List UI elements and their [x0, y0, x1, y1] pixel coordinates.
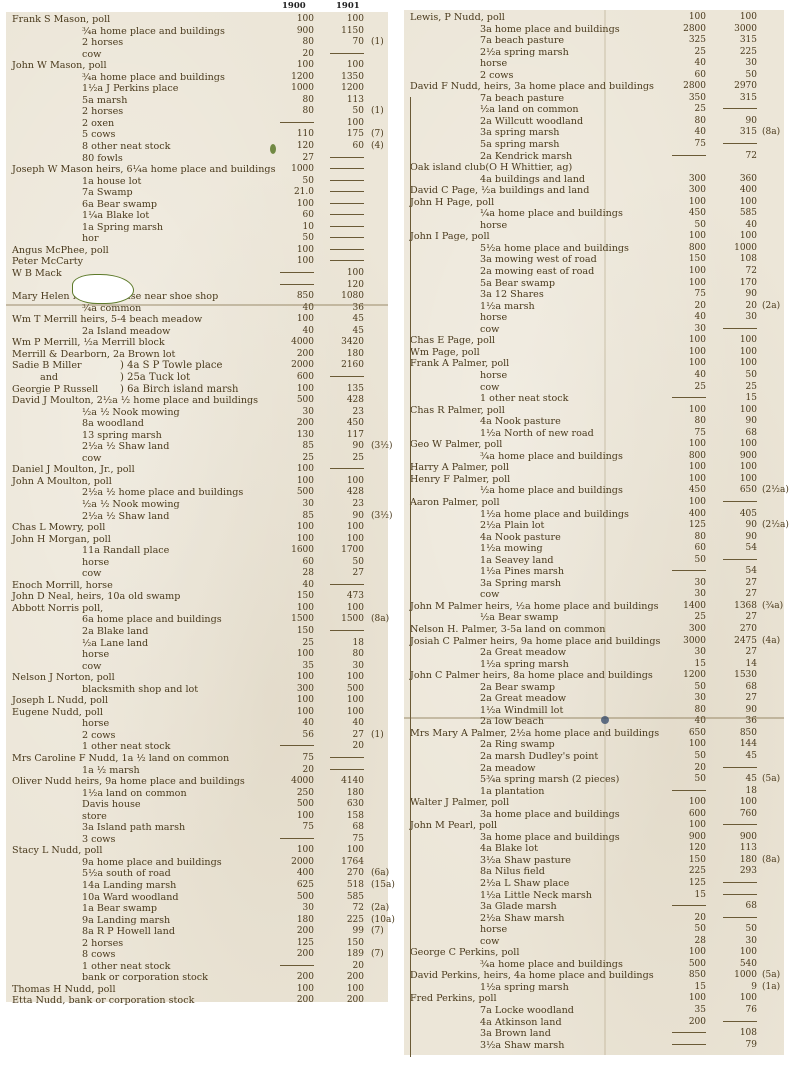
value-1900: 50: [666, 774, 706, 786]
value-1900: 50: [666, 220, 706, 232]
value-1900: 180: [274, 915, 314, 927]
entry-label: Nelson H. Palmer, 3-5a land on common: [410, 624, 605, 636]
value-1901: 180: [324, 349, 364, 361]
no-value-dash: [723, 143, 757, 144]
entry-label: 1 other neat stock: [82, 961, 171, 973]
value-1901: 68: [324, 822, 364, 834]
entry-label: 2a Island meadow: [82, 326, 170, 338]
value-1901: 60: [324, 141, 364, 153]
entry-label: 80 fowls: [82, 153, 123, 165]
value-1901: 630: [324, 799, 364, 811]
table-row: 1½a J Perkins place10001200: [6, 83, 388, 95]
no-value-dash: [330, 191, 364, 192]
value-1901: 293: [717, 866, 757, 878]
value-1901: 315: [717, 93, 757, 105]
table-row: Walter J Palmer, poll100100: [404, 797, 784, 809]
value-1900: 30: [666, 578, 706, 590]
table-row: 3a Brown land108: [404, 1028, 784, 1040]
value-1900: 125: [666, 878, 706, 890]
table-row: 3a mowing west of road150108: [404, 254, 784, 266]
value-1900: 100: [666, 947, 706, 959]
entry-label: Davis house: [82, 799, 141, 811]
value-1900: 25: [666, 612, 706, 624]
entry-label: John A Moulton, poll: [12, 476, 112, 488]
entry-label: Oliver Nudd heirs, 9a home place and bui…: [12, 776, 245, 788]
table-row: Peter McCarty100: [6, 256, 388, 268]
table-row: 2a mowing east of road10072: [404, 266, 784, 278]
table-row: Mary Helen Merrill, house near shoe shop…: [6, 291, 388, 303]
value-1901: 585: [717, 208, 757, 220]
value-1900: 100: [274, 811, 314, 823]
value-1900: 400: [274, 868, 314, 880]
no-value-dash: [723, 559, 757, 560]
value-1901: 90: [717, 532, 757, 544]
value-1901: 40: [324, 718, 364, 730]
table-row: 1a Spring marsh10: [6, 222, 388, 234]
value-1900: 100: [666, 358, 706, 370]
value-1901: 80: [324, 649, 364, 661]
value-1901: 428: [324, 487, 364, 499]
value-1900: 600: [666, 809, 706, 821]
value-1901: 100: [324, 60, 364, 72]
entry-label: 11a Randall place: [82, 545, 169, 557]
acreage-note: (4a): [762, 636, 780, 648]
value-1901: 180: [324, 788, 364, 800]
table-row: 3½a Shaw pasture150180(8a): [404, 855, 784, 867]
value-1900: 200: [274, 418, 314, 430]
value-1901: 23: [324, 499, 364, 511]
value-1901: 1150: [324, 26, 364, 38]
value-1901: 428: [324, 395, 364, 407]
value-1901: [324, 753, 364, 765]
entry-label: Joseph L Nudd, poll: [12, 695, 108, 707]
table-row: George C Perkins, poll100100: [404, 947, 784, 959]
value-1900: 100: [274, 464, 314, 476]
value-1901: 225: [717, 47, 757, 59]
table-row: John D Neal, heirs, 10a old swamp150473: [6, 591, 388, 603]
table-row: ¾a home place and buildings500540: [404, 959, 784, 971]
entry-label: horse: [480, 220, 507, 232]
value-1901: [324, 49, 364, 61]
value-1900: 20: [666, 301, 706, 313]
no-value-dash: [672, 570, 706, 571]
value-1901: [717, 104, 757, 116]
value-1901: 30: [324, 661, 364, 673]
value-1900: [274, 741, 314, 753]
value-1900: 20: [274, 765, 314, 777]
table-row: 2 horses8070(1): [6, 37, 388, 49]
value-1901: 75: [324, 834, 364, 846]
table-row: 7a Swamp21.0: [6, 187, 388, 199]
table-row: Oliver Nudd heirs, 9a home place and bui…: [6, 776, 388, 788]
table-row: 1½a Little Neck marsh15: [404, 890, 784, 902]
entry-label: 2½a spring marsh: [480, 47, 569, 59]
value-1900: 300: [666, 185, 706, 197]
table-row: ½a Bear swamp2527: [404, 612, 784, 624]
entry-label: 2½a L Shaw place: [480, 878, 569, 890]
value-1900: 80: [274, 106, 314, 118]
value-1900: 200: [274, 926, 314, 938]
entry-label: Lewis, P Nudd, poll: [410, 12, 505, 24]
margin-rule: [410, 97, 411, 1057]
entry-label: cow: [480, 382, 499, 394]
value-1900: 60: [666, 543, 706, 555]
no-value-dash: [330, 203, 364, 204]
entry-label: John D Neal, heirs, 10a old swamp: [12, 591, 180, 603]
entry-label: 2a Great meadow: [480, 693, 566, 705]
table-row: 3a 12 Shares7590: [404, 289, 784, 301]
acreage-note: (2a): [371, 903, 389, 915]
entry-label: 2a Blake land: [82, 626, 148, 638]
entry-label: 6a Bear swamp: [82, 199, 157, 211]
value-1900: 500: [274, 892, 314, 904]
acreage-note: (1): [371, 37, 384, 49]
value-1900: 100: [274, 649, 314, 661]
entry-label: 2a Bear swamp: [480, 682, 555, 694]
table-row: 2 horses8050(1): [6, 106, 388, 118]
value-1900: 40: [666, 312, 706, 324]
table-row: Enoch Morrill, horse40: [6, 580, 388, 592]
table-row: Georgie P Russell) 6a Birch island marsh…: [6, 384, 388, 396]
table-row: horse4050: [404, 370, 784, 382]
entry-label: W B Mack: [12, 268, 62, 280]
value-1901: [324, 222, 364, 234]
left-page: Frank S Mason, poll100100¾a home place a…: [6, 12, 388, 1002]
table-row: 80 fowls27: [6, 153, 388, 165]
table-row: horse5040: [404, 220, 784, 232]
acreage-note: (5a): [762, 774, 780, 786]
entry-label: 1½a land on common: [82, 788, 187, 800]
entry-label: 2½a Shaw marsh: [480, 913, 564, 925]
table-row: 11a Randall place16001700: [6, 545, 388, 557]
table-row: Wm T Merrill heirs, 5-4 beach meadow1004…: [6, 314, 388, 326]
no-value-dash: [330, 168, 364, 169]
table-row: Wm Page, poll100100: [404, 347, 784, 359]
value-1900: 60: [666, 70, 706, 82]
table-row: 2a meadow20: [404, 763, 784, 775]
table-row: 3a home place and buildings600760: [404, 809, 784, 821]
value-1900: 2800: [666, 81, 706, 93]
value-1900: 4000: [274, 776, 314, 788]
entry-label: 3a Spring marsh: [480, 578, 561, 590]
table-row: 5a marsh80113: [6, 95, 388, 107]
no-value-dash: [330, 214, 364, 215]
entry-label: cow: [82, 453, 101, 465]
value-1900: 30: [666, 647, 706, 659]
value-1901: 135: [324, 384, 364, 396]
entry-label: Georgie P Russell: [12, 384, 98, 396]
entry-label: 8a woodland: [82, 418, 144, 430]
value-1900: 325: [666, 35, 706, 47]
table-row: 2a Great meadow3027: [404, 647, 784, 659]
acreage-note: (8a): [762, 855, 780, 867]
table-row: Chas R Palmer, poll100100: [404, 405, 784, 417]
value-1901: 100: [717, 405, 757, 417]
value-1900: 500: [274, 395, 314, 407]
entry-detail: ) 25a Tuck lot: [120, 372, 190, 384]
entry-label: Chas E Page, poll: [410, 335, 495, 347]
table-row: Harry A Palmer, poll100100: [404, 462, 784, 474]
table-row: Aaron Palmer, poll100: [404, 497, 784, 509]
value-1901: 100: [324, 984, 364, 996]
value-1901: 100: [717, 358, 757, 370]
value-1901: 2160: [324, 360, 364, 372]
entry-label: Walter J Palmer, poll: [410, 797, 509, 809]
table-row: Mrs Caroline F Nudd, 1a ½ land on common…: [6, 753, 388, 765]
value-1900: 20: [274, 49, 314, 61]
value-1900: 50: [666, 924, 706, 936]
value-1900: 100: [666, 797, 706, 809]
acreage-note: (8a): [762, 127, 780, 139]
table-row: Stacy L Nudd, poll100100: [6, 845, 388, 857]
value-1901: 100: [324, 268, 364, 280]
entry-label: Henry F Palmer, poll: [410, 474, 510, 486]
value-1901: [717, 555, 757, 567]
entry-label: John H Page, poll: [410, 197, 494, 209]
value-1901: 100: [717, 947, 757, 959]
value-1901: 100: [717, 335, 757, 347]
value-1901: 18: [324, 638, 364, 650]
table-row: 5 cows110175(7): [6, 129, 388, 141]
value-1900: 50: [274, 176, 314, 188]
value-1901: 3420: [324, 337, 364, 349]
value-1901: 144: [717, 739, 757, 751]
entry-label: 5a marsh: [82, 95, 127, 107]
table-row: 2 cows5627(1): [6, 730, 388, 742]
value-1900: 56: [274, 730, 314, 742]
entry-label: John C Palmer heirs, 8a home place and b…: [410, 670, 653, 682]
value-1900: 25: [274, 638, 314, 650]
table-row: cow3027: [404, 589, 784, 601]
table-row: cow2525: [6, 453, 388, 465]
table-row: 2½a ½ Shaw land8590(3½): [6, 511, 388, 523]
value-1900: 300: [666, 624, 706, 636]
table-row: 1 other neat stock20: [6, 741, 388, 753]
table-row: 2a Willcutt woodland8090: [404, 116, 784, 128]
value-1900: 100: [274, 984, 314, 996]
value-1901: 2475: [717, 636, 757, 648]
value-1901: 72: [717, 151, 757, 163]
value-1901: [324, 580, 364, 592]
table-row: 1½a marsh2020(2a): [404, 301, 784, 313]
table-row: 2a Great meadow3027: [404, 693, 784, 705]
entry-label: horse: [82, 649, 109, 661]
value-1901: [717, 497, 757, 509]
value-1901: 99: [324, 926, 364, 938]
table-row: Josiah C Palmer heirs, 9a home place and…: [404, 636, 784, 648]
entry-label: 2 horses: [82, 37, 123, 49]
value-1901: 585: [324, 892, 364, 904]
table-row: 3a spring marsh40315(8a): [404, 127, 784, 139]
no-value-dash: [723, 894, 757, 895]
entry-label: 2 oxen: [82, 118, 114, 130]
value-1900: 150: [666, 254, 706, 266]
table-row: Mrs Mary A Palmer, 2½a home place and bu…: [404, 728, 784, 740]
acreage-note: (3½): [371, 441, 392, 453]
entry-label: 1a plantation: [480, 786, 544, 798]
value-1901: 450: [324, 418, 364, 430]
value-1901: [717, 139, 757, 151]
value-1901: 113: [717, 843, 757, 855]
entry-label: David C Page, ½a buildings and land: [410, 185, 589, 197]
entry-label: John M Pearl, poll: [410, 820, 497, 832]
value-1900: 1600: [274, 545, 314, 557]
table-row: 8a R P Howell land20099(7): [6, 926, 388, 938]
entry-label: 8 cows: [82, 949, 115, 961]
entry-label: 1½a home place and buildings: [480, 509, 629, 521]
value-1900: 4000: [274, 337, 314, 349]
value-1900: 3000: [666, 636, 706, 648]
entry-label: 7a beach pasture: [480, 35, 564, 47]
header-1901: 1901: [336, 1, 360, 11]
table-row: 6a home place and buildings15001500(8a): [6, 614, 388, 626]
entry-label: 2a Great meadow: [480, 647, 566, 659]
no-value-dash: [672, 1032, 706, 1033]
value-1900: 10: [274, 222, 314, 234]
value-1900: 2000: [274, 360, 314, 372]
no-value-dash: [330, 157, 364, 158]
table-row: 1 other neat stock20: [6, 961, 388, 973]
entry-label: Wm T Merrill heirs, 5-4 beach meadow: [12, 314, 202, 326]
table-row: 1½a mowing6054: [404, 543, 784, 555]
value-1900: 100: [666, 278, 706, 290]
acreage-note: (3½): [371, 511, 392, 523]
table-row: 2a Bear swamp5068: [404, 682, 784, 694]
acreage-note: (1a): [762, 982, 780, 994]
value-1900: 900: [666, 832, 706, 844]
value-1900: 650: [666, 728, 706, 740]
table-row: 1a Seavey land50: [404, 555, 784, 567]
no-value-dash: [723, 501, 757, 502]
value-1900: 20: [666, 763, 706, 775]
entry-label: 7a beach pasture: [480, 93, 564, 105]
entry-label: 3a 12 Shares: [480, 289, 544, 301]
value-1900: 100: [274, 695, 314, 707]
entry-label: ½a home place and buildings: [480, 485, 623, 497]
table-row: 2a Kendrick marsh72: [404, 151, 784, 163]
value-1900: 100: [274, 245, 314, 257]
table-row: 1½a Pines marsh54: [404, 566, 784, 578]
value-1900: 40: [274, 580, 314, 592]
table-row: David Perkins, heirs, 4a home place and …: [404, 970, 784, 982]
value-1901: 100: [324, 707, 364, 719]
table-row: 1½a spring marsh159(1a): [404, 982, 784, 994]
table-row: 14a Landing marsh625518(15a): [6, 880, 388, 892]
entry-label: 1a house lot: [82, 176, 141, 188]
value-1900: 80: [666, 116, 706, 128]
no-value-dash: [330, 757, 364, 758]
value-1900: 60: [274, 557, 314, 569]
value-1901: [717, 913, 757, 925]
entry-label: 3a spring marsh: [480, 127, 559, 139]
value-1901: 100: [717, 474, 757, 486]
entry-label: 3½a Shaw marsh: [480, 1040, 564, 1052]
no-value-dash: [723, 882, 757, 883]
value-1900: 100: [274, 672, 314, 684]
no-value-dash: [280, 272, 314, 273]
no-value-dash: [330, 630, 364, 631]
table-row: hor50: [6, 233, 388, 245]
entry-label: 7a Swamp: [82, 187, 133, 199]
table-row: Henry F Palmer, poll100100: [404, 474, 784, 486]
entry-label: 3a home place and buildings: [480, 832, 620, 844]
entry-label: Chas L Mowry, poll: [12, 522, 105, 534]
value-1901: 45: [717, 751, 757, 763]
value-1901: 1700: [324, 545, 364, 557]
entry-label: hor: [82, 233, 99, 245]
value-1901: 1200: [324, 83, 364, 95]
value-1901: [324, 372, 364, 384]
table-row: 6a Bear swamp100: [6, 199, 388, 211]
table-row: 8a woodland200450: [6, 418, 388, 430]
no-value-dash: [672, 1044, 706, 1045]
entry-label: 2a marsh Dudley's point: [480, 751, 598, 763]
value-1901: 4140: [324, 776, 364, 788]
value-1901: [324, 199, 364, 211]
value-1901: 315: [717, 127, 757, 139]
entry-label: Aaron Palmer, poll: [410, 497, 500, 509]
value-1900: 130: [274, 430, 314, 442]
table-row: Frank A Palmer, poll100100: [404, 358, 784, 370]
entry-label: Enoch Morrill, horse: [12, 580, 113, 592]
value-1900: 75: [274, 822, 314, 834]
entry-label: Fred Perkins, poll: [410, 993, 497, 1005]
value-1900: 625: [274, 880, 314, 892]
entry-label: 2a meadow: [480, 763, 536, 775]
value-1901: 180: [717, 855, 757, 867]
table-row: 5½a home place and buildings8001000: [404, 243, 784, 255]
value-1901: [324, 233, 364, 245]
table-row: Abbott Norris poll,100100: [6, 603, 388, 615]
fold-crease: [404, 717, 784, 719]
value-1900: 2800: [666, 24, 706, 36]
value-1900: 100: [274, 199, 314, 211]
value-1901: 25: [324, 453, 364, 465]
value-1901: [717, 820, 757, 832]
value-1900: 27: [274, 153, 314, 165]
entry-label: 5a spring marsh: [480, 139, 559, 151]
table-row: ½a Lane land2518: [6, 638, 388, 650]
table-row: 3a Glade marsh68: [404, 901, 784, 913]
value-1900: 1000: [274, 164, 314, 176]
value-1900: 100: [666, 474, 706, 486]
value-1901: 117: [324, 430, 364, 442]
no-value-dash: [280, 838, 314, 839]
value-1900: 1000: [274, 83, 314, 95]
value-1900: 500: [274, 799, 314, 811]
value-1901: 200: [324, 972, 364, 984]
table-row: Joseph W Mason heirs, 6¼a home place and…: [6, 164, 388, 176]
value-1900: 35: [274, 661, 314, 673]
table-row: Davis house500630: [6, 799, 388, 811]
value-1901: 760: [717, 809, 757, 821]
value-1900: 300: [274, 684, 314, 696]
table-row: cow3530: [6, 661, 388, 673]
entry-label: cow: [480, 936, 499, 948]
entry-label: ½a Lane land: [82, 638, 148, 650]
no-value-dash: [330, 53, 364, 54]
entry-label: cow: [82, 49, 101, 61]
value-1901: 1368: [717, 601, 757, 613]
entry-label: 3a Island path marsh: [82, 822, 185, 834]
value-1901: 200: [324, 995, 364, 1007]
value-1901: 100: [324, 534, 364, 546]
table-row: 1½a land on common250180: [6, 788, 388, 800]
value-1901: [324, 256, 364, 268]
entry-label: Mrs Caroline F Nudd, 1a ½ land on common: [12, 753, 229, 765]
entry-label: 1½a Pines marsh: [480, 566, 564, 578]
value-1900: [274, 961, 314, 973]
